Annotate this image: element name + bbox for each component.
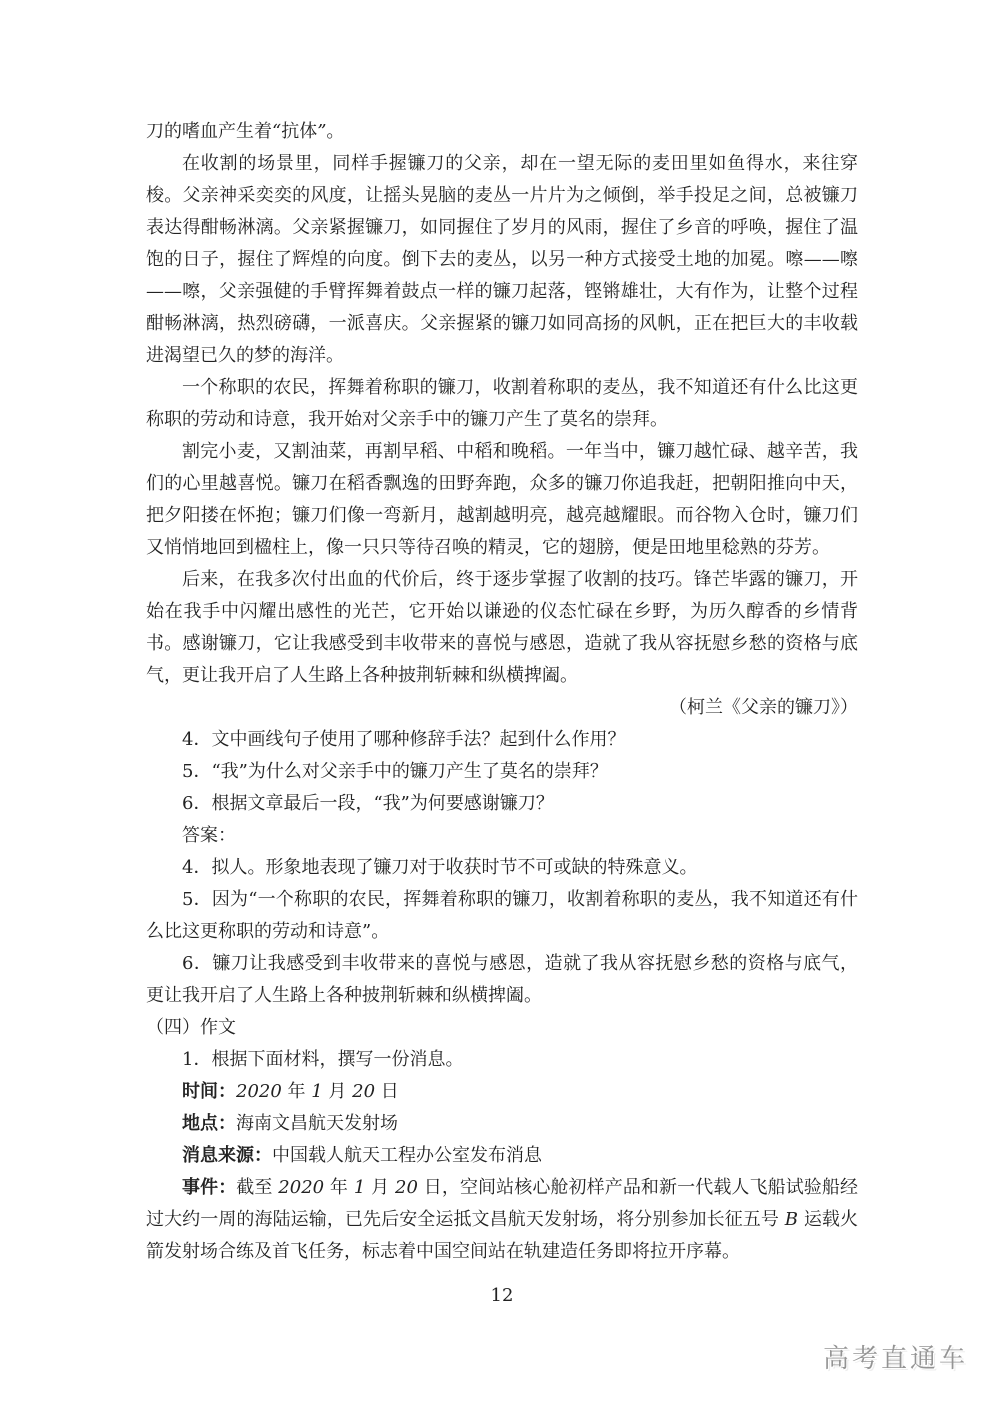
field-event: 事件：截至 2020 年 1 月 20 日，空间站核心舱初样产品和新一代载人飞船…	[146, 1172, 858, 1268]
watermark-logo: 高考直通车	[823, 1344, 968, 1374]
field-source: 消息来源：中国载人航天工程办公室发布消息	[146, 1140, 858, 1172]
field-event-label: 事件：	[182, 1177, 236, 1198]
question-item-4: 4．文中画线句子使用了哪种修辞手法？起到什么作用？	[146, 724, 858, 756]
passage-paragraph: 后来，在我多次付出血的代价后，终于逐步掌握了收割的技巧。锋芒毕露的镰刀，开始在我…	[146, 564, 858, 692]
answers-label: 答案：	[146, 820, 858, 852]
field-event-value: 截至 2020 年 1 月 20 日，空间站核心舱初样产品和新一代载人飞船试验船…	[146, 1177, 858, 1262]
passage-paragraph: 割完小麦，又割油菜，再割早稻、中稻和晚稻。一年当中，镰刀越忙碌、越辛苦，我们的心…	[146, 436, 858, 564]
answer-item-6: 6．镰刀让我感受到丰收带来的喜悦与感恩，造就了我从容抚慰乡愁的资格与底气，更让我…	[146, 948, 858, 1012]
composition-task: 1．根据下面材料，撰写一份消息。	[146, 1044, 858, 1076]
question-item-6: 6．根据文章最后一段，“我”为何要感谢镰刀？	[146, 788, 858, 820]
field-place-label: 地点：	[182, 1113, 236, 1134]
field-time-label: 时间：	[182, 1081, 236, 1102]
page-number: 12	[146, 1284, 858, 1308]
field-source-label: 消息来源：	[182, 1145, 272, 1166]
field-time: 时间：2020 年 1 月 20 日	[146, 1076, 858, 1108]
field-place: 地点：海南文昌航天发射场	[146, 1108, 858, 1140]
field-time-value: 2020 年 1 月 20 日	[236, 1081, 399, 1102]
section-title-composition: （四）作文	[146, 1012, 858, 1044]
passage-attribution: （柯兰《父亲的镰刀》）	[146, 692, 858, 724]
answer-item-5: 5．因为“一个称职的农民，挥舞着称职的镰刀，收割着称职的麦丛，我不知道还有什么比…	[146, 884, 858, 948]
answer-item-4: 4．拟人。形象地表现了镰刀对于收获时节不可或缺的特殊意义。	[146, 852, 858, 884]
document-page: 刀的嗜血产生着“抗体”。 在收割的场景里，同样手握镰刀的父亲，却在一望无际的麦田…	[0, 0, 992, 1403]
passage-paragraph: 在收割的场景里，同样手握镰刀的父亲，却在一望无际的麦田里如鱼得水，来往穿梭。父亲…	[146, 148, 858, 372]
passage-lead-line: 刀的嗜血产生着“抗体”。	[146, 116, 858, 148]
field-place-value: 海南文昌航天发射场	[236, 1113, 398, 1134]
page-content: 刀的嗜血产生着“抗体”。 在收割的场景里，同样手握镰刀的父亲，却在一望无际的麦田…	[146, 116, 858, 1268]
passage-paragraph: 一个称职的农民，挥舞着称职的镰刀，收割着称职的麦丛，我不知道还有什么比这更称职的…	[146, 372, 858, 436]
question-item-5: 5．“我”为什么对父亲手中的镰刀产生了莫名的崇拜？	[146, 756, 858, 788]
field-source-value: 中国载人航天工程办公室发布消息	[272, 1145, 542, 1166]
